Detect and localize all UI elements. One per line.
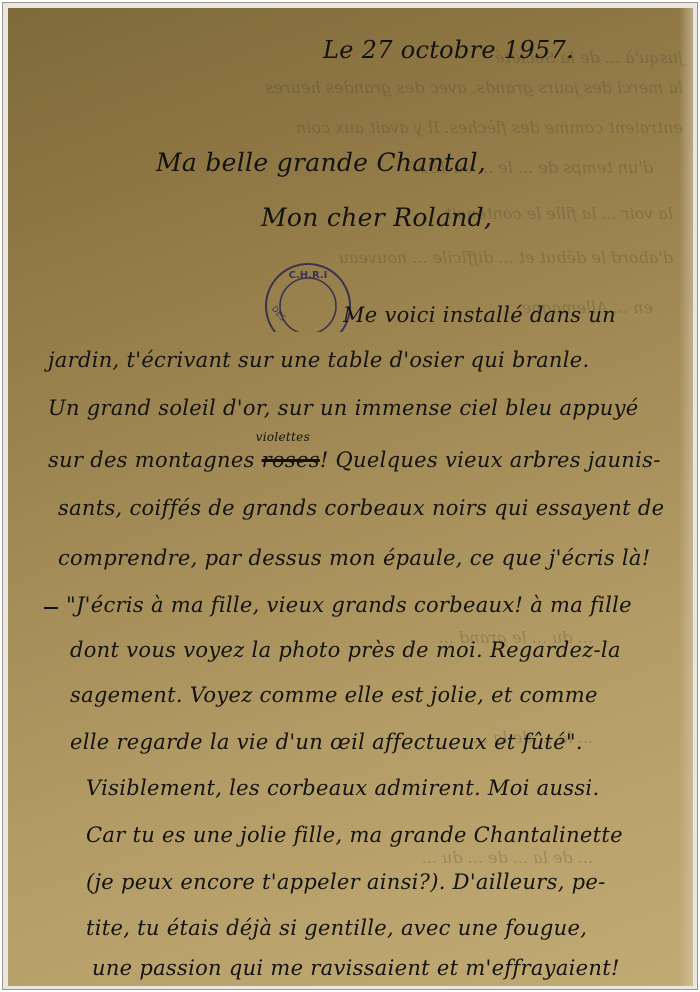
- body-line-4-end: ! Quelques vieux arbres jaunis-: [320, 448, 661, 472]
- salutation-roland: Mon cher Roland,: [261, 203, 492, 232]
- body-line-4: sur des montagnes violettes roses ! Quel…: [48, 448, 661, 472]
- svg-text:DES: DES: [270, 304, 287, 322]
- body-line-1: Me voici installé dans un: [343, 303, 616, 327]
- bleed-line: d'abord le début et ... difficile ... no…: [339, 248, 673, 267]
- margin-dash: [44, 607, 58, 609]
- body-line-15: une passion qui me ravissaient et m'effr…: [92, 956, 620, 980]
- salutation-chantal: Ma belle grande Chantal,: [156, 148, 486, 177]
- body-line-14: tite, tu étais déjà si gentille, avec un…: [86, 916, 587, 940]
- bleed-line: la merci des jours grands, avec des gran…: [265, 78, 683, 97]
- svg-text:C.H.R.I: C.H.R.I: [289, 270, 328, 281]
- chri-stamp: C.H.R.I DES: [260, 260, 356, 332]
- body-line-8: dont vous voyez la photo près de moi. Re…: [70, 638, 621, 662]
- body-line-6: comprendre, par dessus mon épaule, ce qu…: [58, 546, 650, 570]
- body-line-9: sagement. Voyez comme elle est jolie, et…: [70, 683, 598, 707]
- inserted-word: violettes: [256, 430, 310, 444]
- body-line-7: "J'écris à ma fille, vieux grands corbea…: [66, 593, 632, 617]
- body-line-13: (je peux encore t'appeler ainsi?). D'ail…: [86, 870, 606, 894]
- body-line-12: Car tu es une jolie fille, ma grande Cha…: [86, 823, 623, 847]
- scan-frame: jusqu'à ... de la Société la merci des j…: [2, 2, 698, 990]
- body-line-10: elle regarde la vie d'un œil affectueux …: [70, 730, 583, 754]
- body-line-4-start: sur des montagnes: [48, 448, 255, 472]
- body-line-2: jardin, t'écrivant sur une table d'osier…: [48, 348, 589, 372]
- letter-paper: jusqu'à ... de la Société la merci des j…: [8, 8, 693, 986]
- bleed-line: ... de la ... de ... du ...: [422, 848, 593, 867]
- letter-date: Le 27 octobre 1957.: [323, 36, 574, 64]
- body-line-3: Un grand soleil d'or, sur un immense cie…: [48, 396, 638, 420]
- bleed-line: entraient comme des flèches. Il y avait …: [296, 118, 683, 137]
- body-line-5: sants, coiffés de grands corbeaux noirs …: [58, 496, 664, 520]
- body-line-11: Visiblement, les corbeaux admirent. Moi …: [86, 776, 599, 800]
- word-correction: violettes roses: [262, 448, 320, 472]
- struck-word: roses: [262, 448, 320, 472]
